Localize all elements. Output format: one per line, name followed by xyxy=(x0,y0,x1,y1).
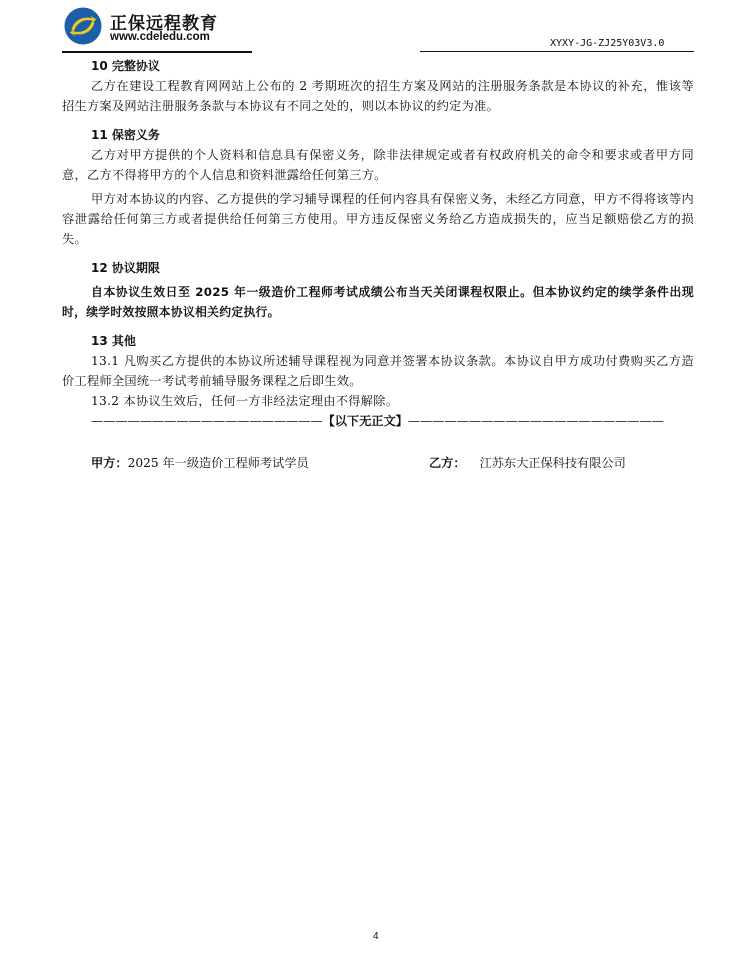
end-rule-right: ————————————————————— xyxy=(408,414,664,428)
party-b: 乙方：江苏东大正保科技有限公司 xyxy=(429,454,626,471)
paragraph: 自本协议生效日至 2025 年一级造价工程师考试成绩公布当天关闭课程权限止。但本… xyxy=(62,282,694,322)
party-b-label: 乙方： xyxy=(429,456,466,470)
end-of-text-marker: ———————————————————【以下无正文】——————————————… xyxy=(62,411,694,431)
header-divider xyxy=(62,51,252,53)
brand-url: www.cdeledu.com xyxy=(110,31,210,43)
party-b-value: 江苏东大正保科技有限公司 xyxy=(480,456,626,470)
end-label: 【以下无正文】 xyxy=(323,414,408,428)
section-title: 10 完整协议 xyxy=(62,56,694,76)
page-number: 4 xyxy=(373,931,379,942)
paragraph: 乙方在建设工程教育网网站上公布的 2 考期班次的招生方案及网站的注册服务条款是本… xyxy=(62,76,694,116)
section-title: 13 其他 xyxy=(62,331,694,351)
page-header: 正保远程教育 www.cdeledu.com XYXY-JG-ZJ25Y03V3… xyxy=(0,0,755,52)
header-divider xyxy=(420,51,694,52)
paragraph: 乙方对甲方提供的个人资料和信息具有保密义务，除非法律规定或者有权政府机关的命令和… xyxy=(62,145,694,185)
document-body: 10 完整协议 乙方在建设工程教育网网站上公布的 2 考期班次的招生方案及网站的… xyxy=(62,56,694,431)
paragraph: 甲方对本协议的内容、乙方提供的学习辅导课程的任何内容具有保密义务，未经乙方同意，… xyxy=(62,189,694,249)
cdeledu-logo-icon xyxy=(64,7,102,45)
end-rule-left: ——————————————————— xyxy=(91,414,323,428)
party-a-value: 2025 年一级造价工程师考试学员 xyxy=(128,456,309,470)
paragraph: 13.2 本协议生效后，任何一方非经法定理由不得解除。 xyxy=(62,391,694,411)
document-code: XYXY-JG-ZJ25Y03V3.0 xyxy=(550,38,664,49)
section-title: 12 协议期限 xyxy=(62,258,694,278)
paragraph: 13.1 凡购买乙方提供的本协议所述辅导课程视为同意并签署本协议条款。本协议自甲… xyxy=(62,351,694,391)
party-a: 甲方：2025 年一级造价工程师考试学员 xyxy=(91,454,309,471)
party-a-label: 甲方： xyxy=(91,456,128,470)
section-title: 11 保密义务 xyxy=(62,125,694,145)
